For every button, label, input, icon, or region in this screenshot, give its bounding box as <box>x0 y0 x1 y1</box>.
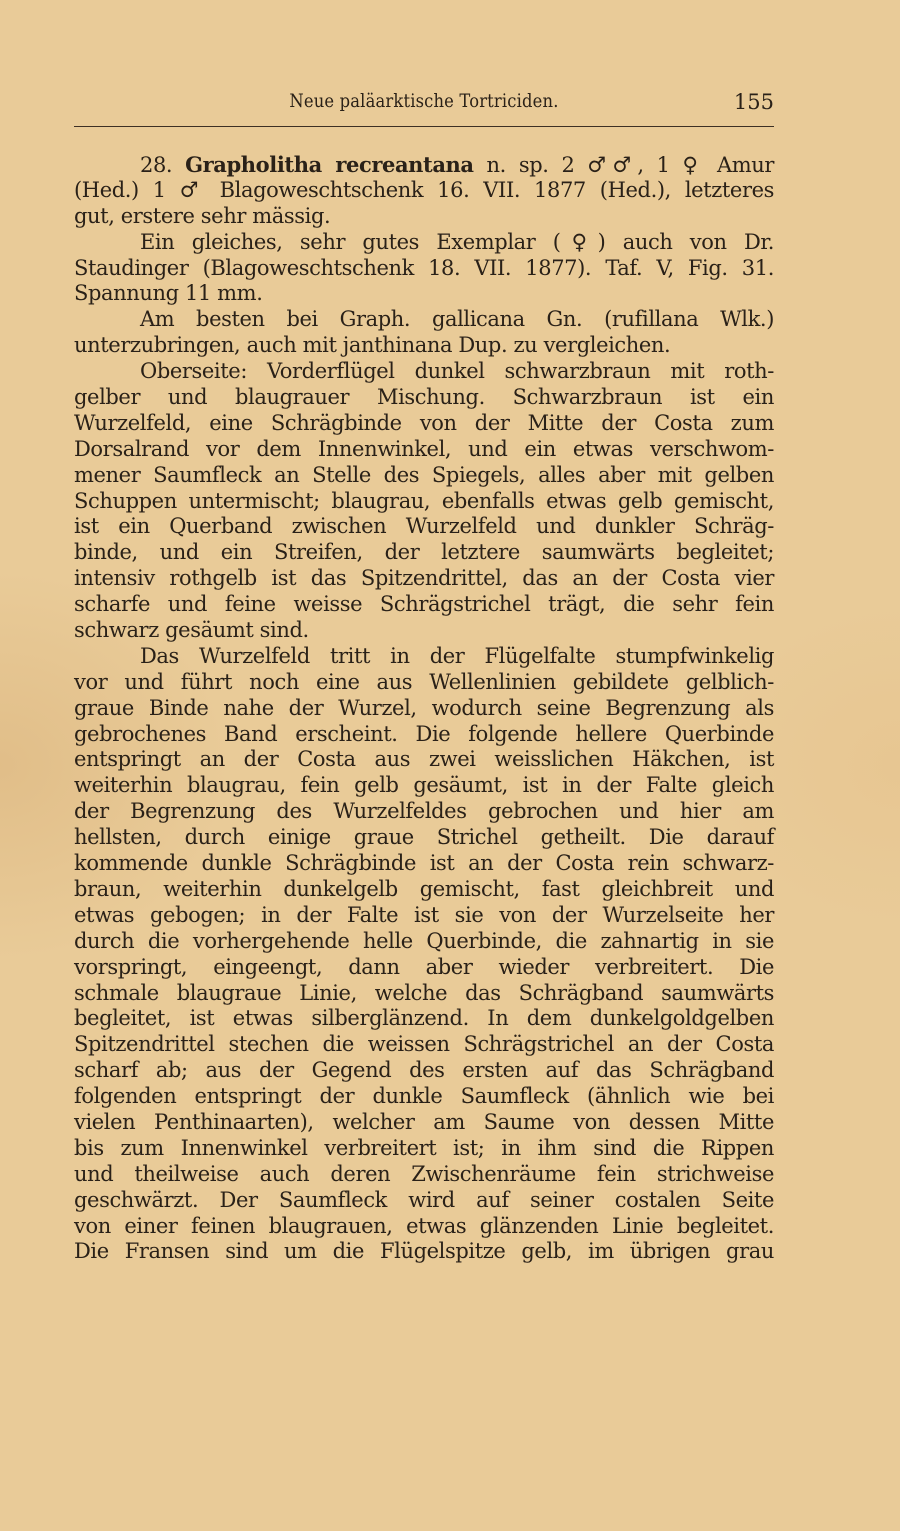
text-line: etwas gebogen; in der Falte ist sie von … <box>74 903 774 929</box>
species-name: Grapholitha recreantana <box>185 152 474 177</box>
running-title: Neue paläarktische Tortriciden. <box>123 90 725 112</box>
text-line: Ein gleiches, sehr gutes Exemplar (♀) au… <box>74 230 774 256</box>
text-line: geschwärzt. Der Saumfleck wird auf seine… <box>74 1188 774 1214</box>
text-line: von einer feinen blaugrauen, etwas glänz… <box>74 1214 774 1240</box>
text-line: Am besten bei Graph. gallicana Gn. (rufi… <box>74 307 774 333</box>
text-line: scharf ab; aus der Gegend des ersten auf… <box>74 1058 774 1084</box>
text-line: intensiv rothgelb ist das Spitzendrittel… <box>74 566 774 592</box>
text-line: der Begrenzung des Wurzelfeldes gebroche… <box>74 799 774 825</box>
text-line: hellsten, durch einige graue Strichel ge… <box>74 825 774 851</box>
text-line: gelber und blaugrauer Mischung. Schwarzb… <box>74 385 774 411</box>
text-line: vielen Penthinaarten), welcher am Saume … <box>74 1110 774 1136</box>
text-line: mener Saumfleck an Stelle des Spiegels, … <box>74 463 774 489</box>
running-head: Neue paläarktische Tortriciden. 155 <box>74 88 774 118</box>
text-line: schwarz gesäumt sind. <box>74 618 774 644</box>
text-line: ist ein Querband zwischen Wurzelfeld und… <box>74 514 774 540</box>
text-line: Dorsalrand vor dem Innenwinkel, und ein … <box>74 437 774 463</box>
text-line: durch die vorhergehende helle Querbinde,… <box>74 929 774 955</box>
text-line: entspringt an der Costa aus zwei weissli… <box>74 747 774 773</box>
text-line: braun, weiterhin dunkelgelb gemischt, fa… <box>74 877 774 903</box>
text-line: gebrochenes Band erscheint. Die folgende… <box>74 722 774 748</box>
text-line: begleitet, ist etwas silberglänzend. In … <box>74 1006 774 1032</box>
text-line: bis zum Innenwinkel verbreitert ist; in … <box>74 1136 774 1162</box>
text-line: Spannung 11 mm. <box>74 281 774 307</box>
text-line: schmale blaugraue Linie, welche das Schr… <box>74 981 774 1007</box>
text-line: folgenden entspringt der dunkle Saumflec… <box>74 1084 774 1110</box>
entry-body: 28. Grapholitha recreantana n. sp. 2 ♂♂,… <box>74 152 774 1265</box>
text-line: Oberseite: Vorderflügel dunkel schwarzbr… <box>74 359 774 385</box>
text-line: Die Fransen sind um die Flügelspitze gel… <box>74 1239 774 1265</box>
text-line: unterzubringen, auch mit janthinana Dup.… <box>74 333 774 359</box>
text-line: scharfe und feine weisse Schrägstrichel … <box>74 592 774 618</box>
text-line: 28. Grapholitha recreantana n. sp. 2 ♂♂,… <box>74 152 774 178</box>
entry-number: 28. <box>140 153 185 177</box>
page-number: 155 <box>734 90 774 114</box>
text-line: vorspringt, eingeengt, dann aber wieder … <box>74 955 774 981</box>
text-line: Schuppen untermischt; blaugrau, ebenfall… <box>74 489 774 515</box>
text-line: graue Binde nahe der Wurzel, wodurch sei… <box>74 696 774 722</box>
text-line: vor und führt noch eine aus Wellenlinien… <box>74 670 774 696</box>
text-line: Spitzendrittel stechen die weissen Schrä… <box>74 1032 774 1058</box>
text-line: weiterhin blaugrau, fein gelb gesäumt, i… <box>74 773 774 799</box>
text-line: kommende dunkle Schrägbinde ist an der C… <box>74 851 774 877</box>
text-line: Das Wurzelfeld tritt in der Flügelfalte … <box>74 644 774 670</box>
text-line: Staudinger (Blagoweschtschenk 18. VII. 1… <box>74 256 774 282</box>
text-line: binde, und ein Streifen, der letztere sa… <box>74 540 774 566</box>
text-line: gut, erstere sehr mässig. <box>74 204 774 230</box>
text-line: Wurzelfeld, eine Schrägbinde von der Mit… <box>74 411 774 437</box>
entry-specimens: n. sp. 2 ♂♂, 1 ♀ Amur <box>474 153 774 177</box>
text-line: und theilweise auch deren Zwischenräume … <box>74 1162 774 1188</box>
header-rule <box>74 126 774 127</box>
text-line: (Hed.) 1 ♂ Blagoweschtschenk 16. VII. 18… <box>74 178 774 204</box>
